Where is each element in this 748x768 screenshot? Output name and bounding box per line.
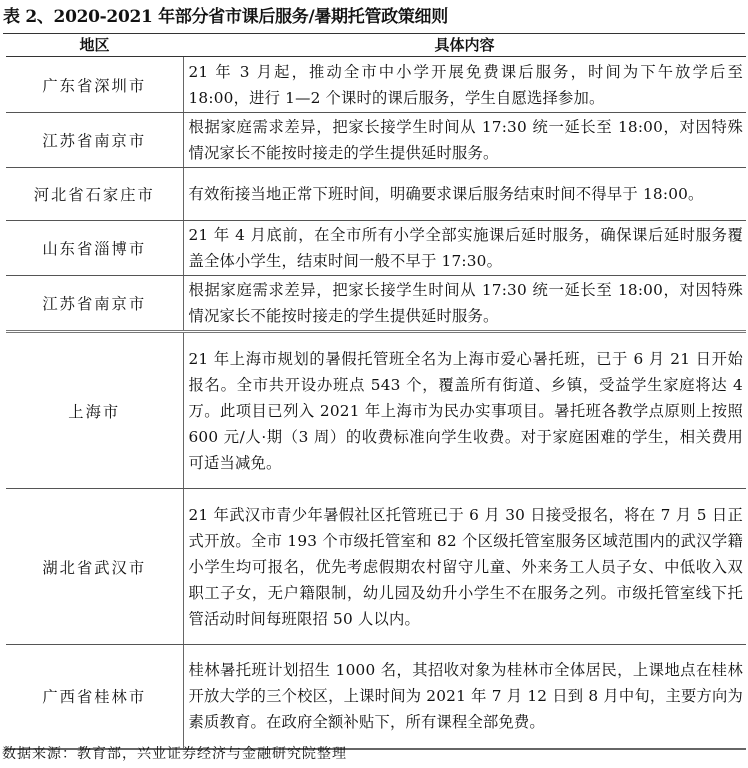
table-title: 表 2、2020-2021 年部分省市课后服务/暑期托管政策细则 [3,4,748,32]
content-cell: 根据家庭需求差异，把家长接学生时间从 17:30 统一延长至 18:00，对因特… [183,276,746,332]
region-cell: 广西省桂林市 [6,645,183,749]
table-row: 江苏省南京市 根据家庭需求差异，把家长接学生时间从 17:30 统一延长至 18… [6,113,746,168]
table-row: 上海市 21 年上海市规划的暑假托管班全名为上海市爱心暑托班，已于 6 月 21… [6,332,746,489]
table-row: 河北省石家庄市 有效衔接当地正常下班时间，明确要求课后服务结束时间不得早于 18… [6,168,746,221]
column-header-region: 地区 [6,35,183,57]
table-row: 山东省淄博市 21 年 4 月底前，在全市所有小学全部实施课后延时服务，确保课后… [6,221,746,276]
table-row: 江苏省南京市 根据家庭需求差异，把家长接学生时间从 17:30 统一延长至 18… [6,276,746,332]
table-header-row: 地区 具体内容 [6,35,746,57]
region-cell: 江苏省南京市 [6,113,183,168]
content-cell: 21 年 4 月底前，在全市所有小学全部实施课后延时服务，确保课后延时服务覆盖全… [183,221,746,276]
region-cell: 湖北省武汉市 [6,489,183,645]
region-cell: 山东省淄博市 [6,221,183,276]
title-underline [3,33,745,34]
column-header-content: 具体内容 [183,35,746,57]
content-cell: 21 年 3 月起，推动全市中小学开展免费课后服务，时间为下午放学后至 18:0… [183,57,746,113]
data-source-note: 数据来源：教育部，兴业证券经济与金融研究院整理 [2,744,347,764]
region-cell: 广东省深圳市 [6,57,183,113]
table-row: 广东省深圳市 21 年 3 月起，推动全市中小学开展免费课后服务，时间为下午放学… [6,57,746,113]
content-cell: 根据家庭需求差异，把家长接学生时间从 17:30 统一延长至 18:00，对因特… [183,113,746,168]
region-cell: 江苏省南京市 [6,276,183,332]
content-cell: 桂林暑托班计划招生 1000 名，其招收对象为桂林市全体居民，上课地点在桂林开放… [183,645,746,749]
content-cell: 21 年武汉市青少年暑假社区托管班已于 6 月 30 日接受报名，将在 7 月 … [183,489,746,645]
content-cell: 21 年上海市规划的暑假托管班全名为上海市爱心暑托班，已于 6 月 21 日开始… [183,332,746,489]
policy-table: 地区 具体内容 广东省深圳市 21 年 3 月起，推动全市中小学开展免费课后服务… [6,35,746,750]
region-cell: 上海市 [6,332,183,489]
region-cell: 河北省石家庄市 [6,168,183,221]
table-row: 广西省桂林市 桂林暑托班计划招生 1000 名，其招收对象为桂林市全体居民，上课… [6,645,746,749]
content-cell: 有效衔接当地正常下班时间，明确要求课后服务结束时间不得早于 18:00。 [183,168,746,221]
table-row: 湖北省武汉市 21 年武汉市青少年暑假社区托管班已于 6 月 30 日接受报名，… [6,489,746,645]
